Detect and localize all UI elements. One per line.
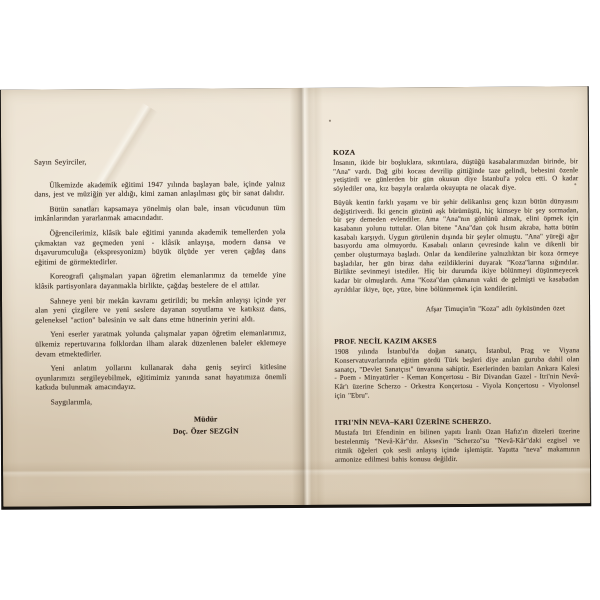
signature-name: Doç. Özer SEZGİN [131,426,281,437]
program-booklet-spread: Sayın Seyirciler, Ülkemizde akademik eği… [1,86,591,507]
closing: Saygılarımla, [36,396,287,407]
salutation: Sayın Seyirciler, [34,156,285,167]
paragraph: İnsanın, ikide bir boşluklara, sıkıntıla… [333,157,578,193]
right-page: KOZA İnsanın, ikide bir boşluklara, sıkı… [333,147,580,469]
section-heading-koza: KOZA [333,147,578,157]
paragraph: 1908 yılında İstanbul'da doğan sanatçı, … [334,347,579,401]
center-fold [290,88,317,505]
signature-title: Müdür [131,415,281,426]
section-heading-akses: PROF. NECİL KAZIM AKSES [334,337,579,347]
paragraph: Koreografi çalışmaları yapan öğretim ele… [35,270,286,291]
paragraph: Bütün sanatları kapsamaya yönelmiş olan … [34,203,285,224]
paragraph: Büyük kentin farklı yaşamı ve bir şehir … [333,197,579,294]
scanner-background: Sayın Seyirciler, Ülkemizde akademik eği… [0,0,600,600]
section-heading-scherzo: ITRI'NİN NEVA–KARI ÜZERİNE SCHERZO. [335,418,580,428]
attribution-line: Afşar Timuçin'in ''Koza'' adlı öyküsünde… [334,304,565,314]
signature-block: Müdür Doç. Özer SEZGİN [131,415,281,437]
left-page: Sayın Seyirciler, Ülkemizde akademik eği… [34,156,287,439]
paragraph: Sahneye yeni bir mekân kavramı getirildi… [35,295,286,325]
paragraph: Öğrencilerimiz, klâsik bale eğitimi yanı… [35,227,286,267]
paper-speck [329,120,331,122]
paragraph: Mustafa Itri Efendinin en bilinen yapıtı… [335,428,580,464]
scan-edge-shadow: Sayın Seyirciler, Ülkemizde akademik eği… [0,86,591,510]
paragraph: Yeni anlatım yollarını kullanarak daha g… [35,362,286,392]
paragraph: Yeni eserler yaratmak yolunda çalışmalar… [35,328,286,358]
paragraph: Ülkemizde akademik eğitimi 1947 yılında … [34,179,285,200]
